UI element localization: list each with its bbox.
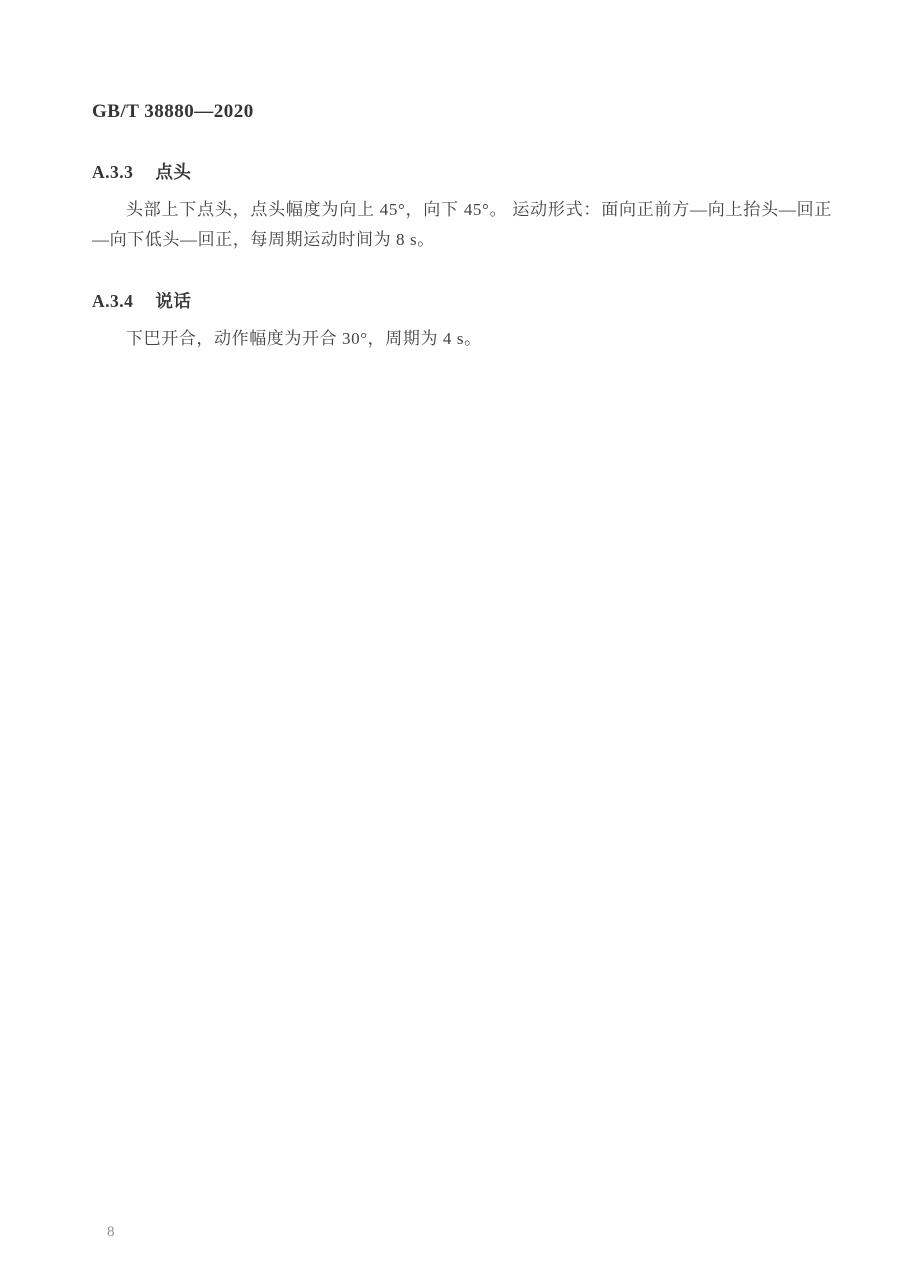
section-paragraph-a33: 头部上下点头，点头幅度为向上 45°，向下 45°。 运动形式：面向正前方—向上… (92, 195, 832, 255)
page-number: 8 (107, 1224, 115, 1241)
section-title: 点头 (155, 162, 191, 182)
page-content: GB/T 38880—2020 A.3.3点头 头部上下点头，点头幅度为向上 4… (92, 0, 832, 371)
section-paragraph-a34: 下巴开合，动作幅度为开合 30°，周期为 4 s。 (92, 324, 832, 354)
section-number: A.3.3 (92, 162, 133, 182)
section-title: 说话 (155, 291, 191, 311)
document-page: GB/T 38880—2020 A.3.3点头 头部上下点头，点头幅度为向上 4… (0, 0, 922, 1284)
section-heading-a33: A.3.3点头 (92, 159, 832, 184)
section-heading-a34: A.3.4说话 (92, 288, 832, 313)
standard-code-header: GB/T 38880—2020 (92, 101, 832, 123)
section-number: A.3.4 (92, 291, 133, 311)
